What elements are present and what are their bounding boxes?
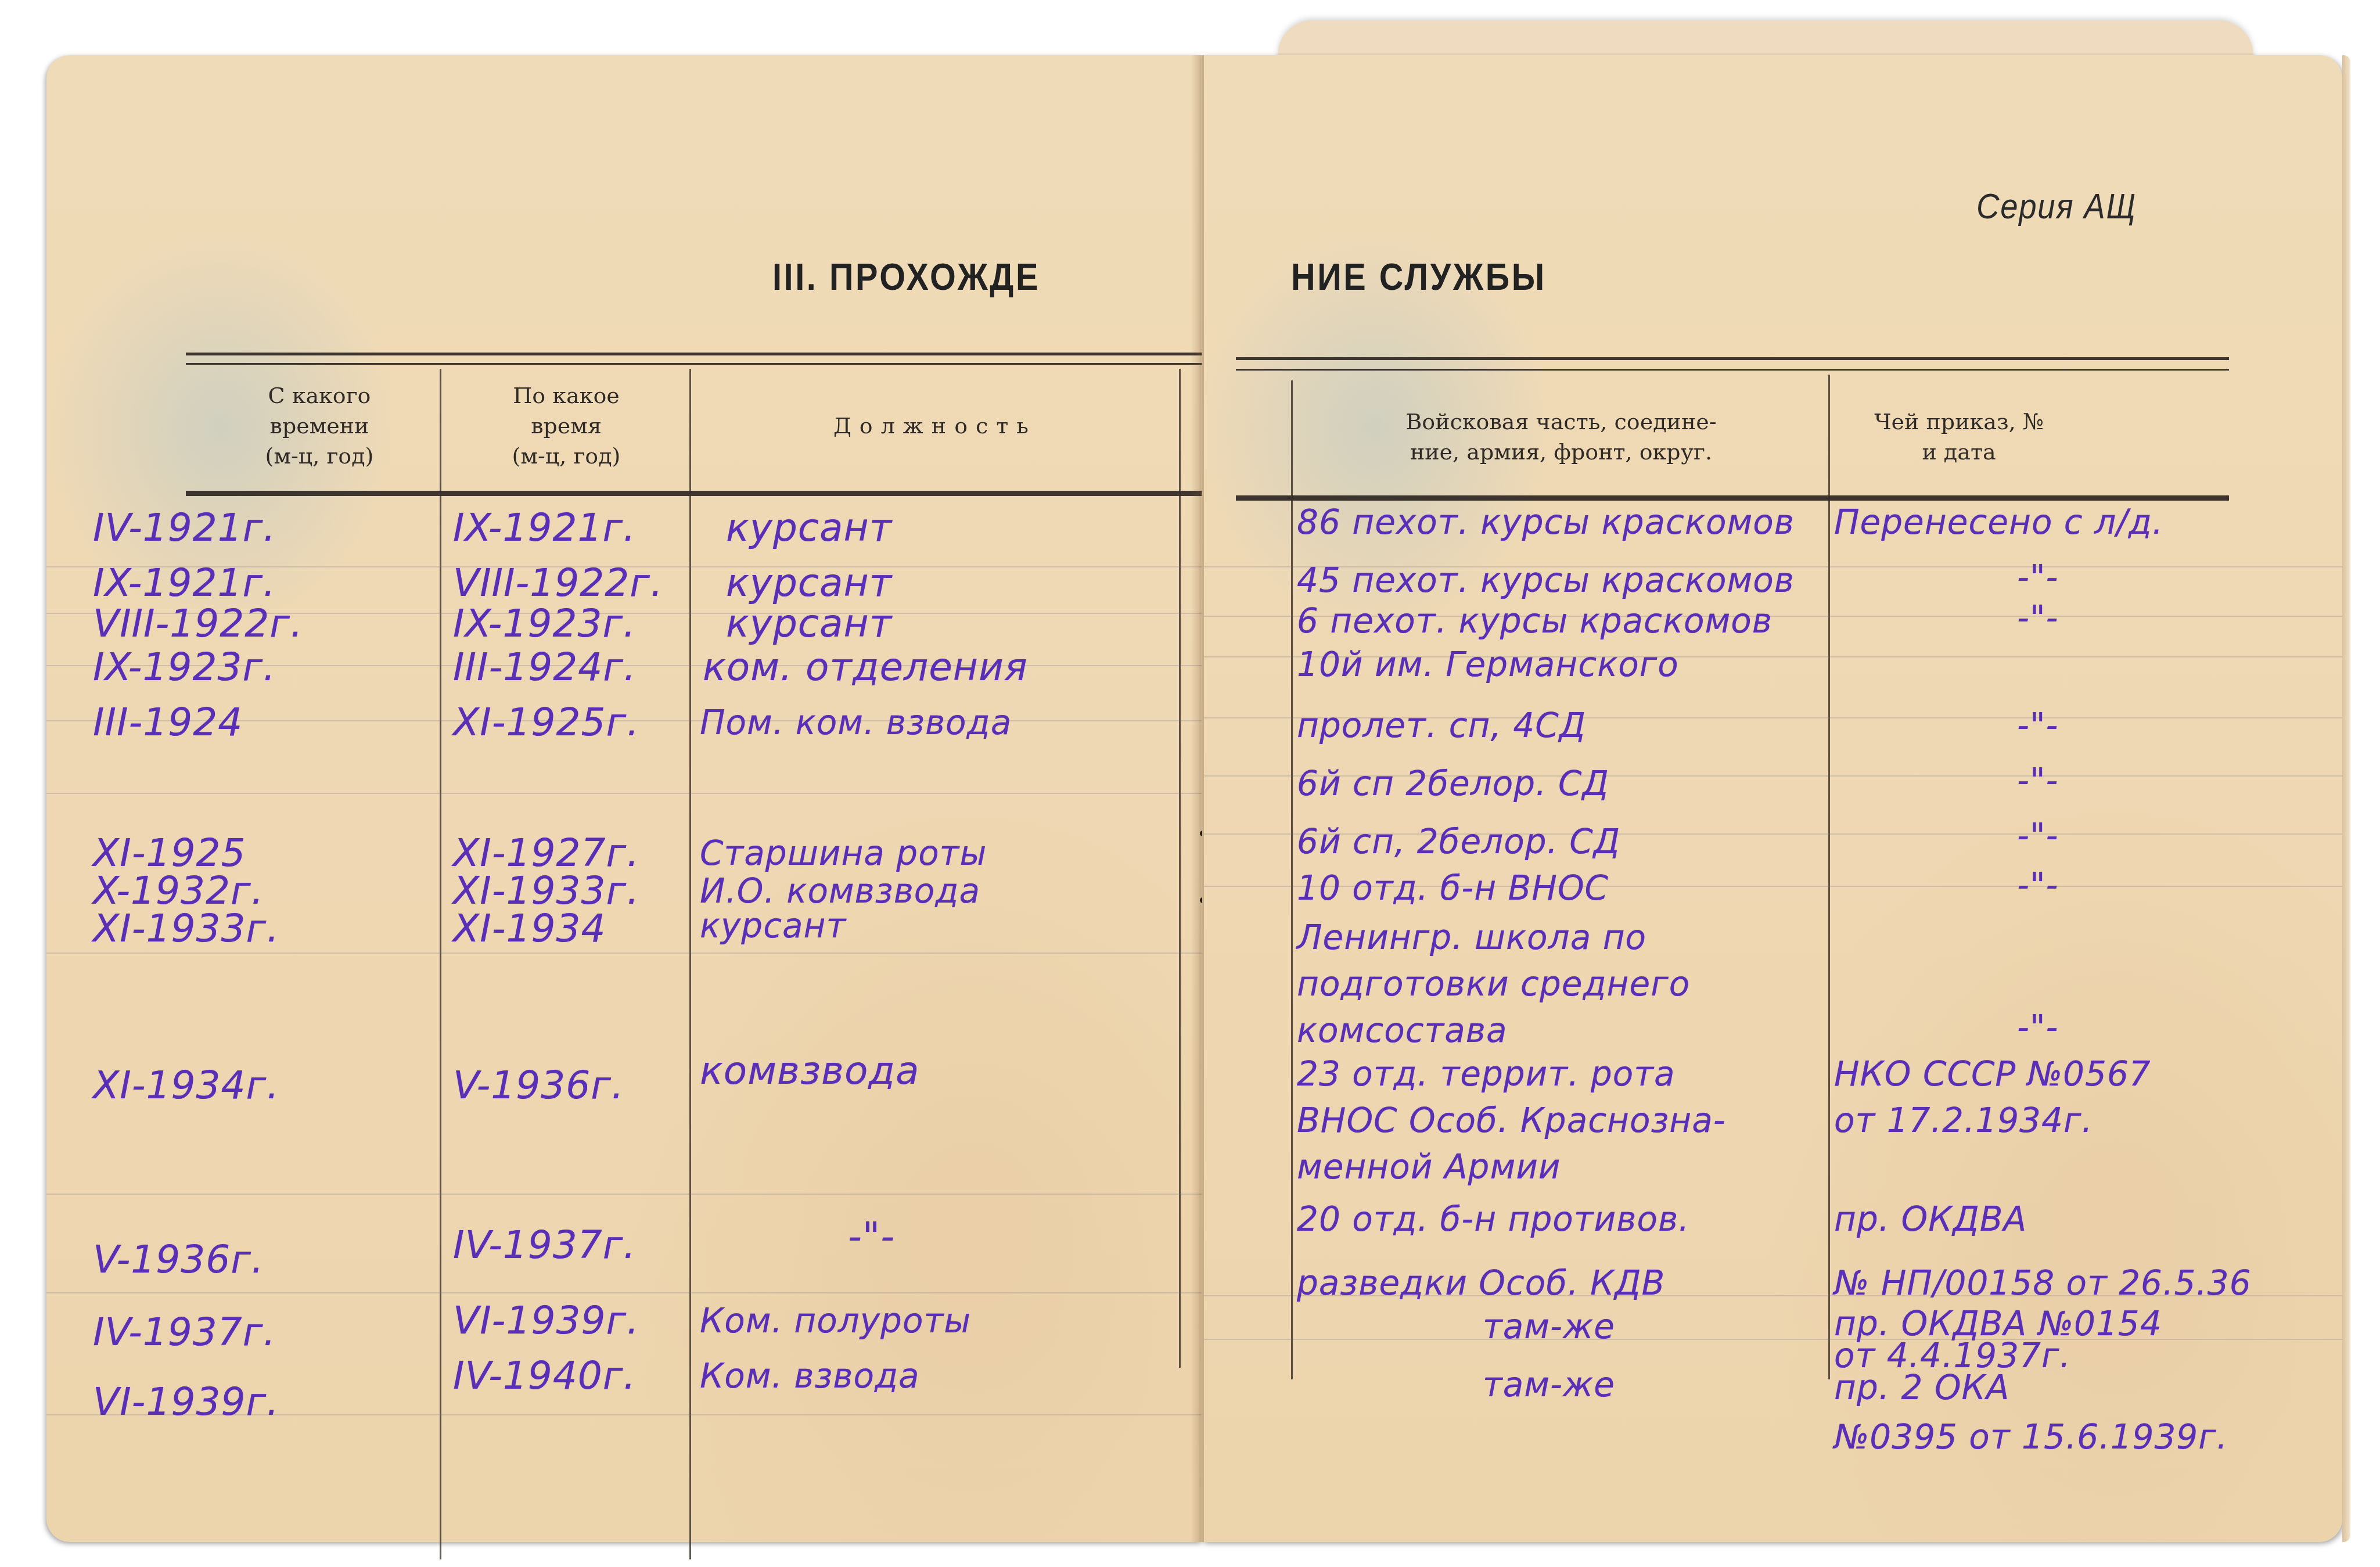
row-2-to: VIII-1922г. (453, 560, 663, 605)
order-line-13: от 17.2.1934г. (1834, 1101, 2093, 1140)
order-line-5: -"- (2017, 706, 2059, 745)
column-divider-2 (1828, 375, 1830, 1379)
header-top-rule-2 (186, 363, 1208, 365)
order-line-8: -"- (2017, 865, 2059, 905)
header-unit: Войсковая часть, соедине- ние, армия, фр… (1303, 407, 1820, 467)
unit-line-2: 45 пехот. курсы краскомов (1297, 560, 1795, 600)
row-9-to: V-1936г. (453, 1063, 624, 1108)
row-10-from: V-1936г. (93, 1237, 264, 1282)
section-title-left: III. ПРОХОЖДЕ (772, 256, 1040, 299)
unit-line-5: пролет. сп, 4СД (1297, 706, 1586, 745)
header-top-rule (1236, 357, 2229, 360)
unit-line-10: подготовки среднего (1297, 964, 1690, 1004)
order-line-1: Перенесено с л/д. (1834, 502, 2163, 542)
row-6-position: Старшина роты (700, 833, 987, 873)
header-top-rule (186, 353, 1208, 355)
unit-line-9: Ленингр. школа по (1297, 918, 1646, 957)
unit-line-8: 10 отд. б-н ВНОС (1297, 868, 1609, 908)
row-2-position: курсант (726, 560, 892, 605)
order-line-15: пр. ОКДВА (1834, 1199, 2027, 1239)
row-5-from: III-1924 (93, 700, 243, 745)
row-10-position: -"- (848, 1214, 895, 1259)
row-8-position: курсант (700, 906, 846, 946)
row-8-from: XI-1933г. (93, 906, 279, 951)
row-2-from: IX-1921г. (93, 560, 276, 605)
header-order: Чей приказ, № и дата (1837, 407, 2081, 467)
row-12-from: VI-1939г. (93, 1379, 279, 1424)
row-12-to: IV-1940г. (453, 1353, 636, 1398)
unit-line-11: комсостава (1297, 1011, 1508, 1050)
unit-line-1: 86 пехот. курсы краскомов (1297, 502, 1795, 542)
column-divider-3 (1179, 369, 1181, 1368)
right-page: Серия АЩ НИЕ СЛУЖБЫ Войсковая часть, сое… (1202, 55, 2342, 1542)
unit-line-7: 6й сп, 2белор. СД (1297, 822, 1620, 861)
order-line-11: -"- (2017, 1008, 2059, 1047)
ruled-line (1204, 1339, 2342, 1340)
row-4-from: IX-1923г. (93, 645, 276, 689)
row-4-to: III-1924г. (453, 645, 637, 689)
row-9-from: XI-1934г. (93, 1063, 279, 1108)
unit-line-3: 6 пехот. курсы краскомов (1297, 601, 1773, 641)
row-7-position: И.О. комвзвода (700, 871, 980, 911)
unit-line-16: разведки Особ. КДВ (1297, 1263, 1665, 1303)
header-bottom-rule (186, 491, 1208, 496)
unit-line-12: 23 отд. террит. рота (1297, 1054, 1676, 1094)
row-9-position: комвзвода (700, 1048, 919, 1093)
ruled-line (46, 793, 1202, 794)
left-page: III. ПРОХОЖДЕ С какого времени (м-ц, год… (46, 55, 1202, 1542)
order-line-19: пр. 2 ОКА (1834, 1368, 2009, 1407)
header-from: С какого времени (м-ц, год) (203, 380, 436, 471)
row-12-position: Ком. взвода (700, 1356, 920, 1396)
order-line-20: №0395 от 15.6.1939г. (1834, 1417, 2228, 1457)
order-line-6: -"- (2017, 761, 2059, 800)
row-11-from: IV-1937г. (93, 1310, 276, 1354)
row-1-position: курсант (726, 505, 892, 550)
unit-line-13: ВНОС Особ. Краснозна- (1297, 1101, 1726, 1140)
order-line-12: НКО СССР №0567 (1834, 1054, 2151, 1094)
row-11-position: Ком. полуроты (700, 1301, 971, 1340)
ruled-line (46, 953, 1202, 954)
header-to: По какое время (м-ц, год) (447, 380, 685, 471)
row-3-from: VIII-1922г. (93, 601, 303, 646)
unit-line-17: там-же (1483, 1307, 1615, 1346)
row-5-position: Пом. ком. взвода (700, 703, 1012, 742)
row-1-to: IX-1921г. (453, 505, 636, 550)
ruled-line (46, 1194, 1202, 1195)
unit-line-14: менной Армии (1297, 1147, 1561, 1187)
series-label: Серия АЩ (1976, 186, 2137, 227)
column-divider-2 (689, 369, 691, 1559)
header-top-rule-2 (1236, 369, 2229, 371)
header-bottom-rule (1236, 495, 2229, 501)
order-line-2: -"- (2017, 558, 2059, 597)
row-3-position: курсант (726, 601, 892, 646)
column-divider-1 (1291, 380, 1293, 1379)
row-11-to: VI-1939г. (453, 1298, 639, 1343)
ruled-line (46, 1292, 1202, 1293)
unit-line-6: 6й сп 2белор. СД (1297, 764, 1609, 803)
column-divider-1 (440, 369, 441, 1559)
unit-line-19: там-же (1483, 1365, 1615, 1404)
row-1-from: IV-1921г. (93, 505, 276, 550)
section-title-right: НИЕ СЛУЖБЫ (1291, 256, 1547, 299)
row-5-to: XI-1925г. (453, 700, 639, 745)
row-4-position: ком. отделения (703, 645, 1028, 689)
row-3-to: IX-1923г. (453, 601, 636, 646)
order-line-16: № НП/00158 от 26.5.36 (1834, 1263, 2252, 1303)
unit-line-15: 20 отд. б-н противов. (1297, 1199, 1690, 1239)
order-line-3: -"- (2017, 598, 2059, 638)
unit-line-4: 10й им. Германского (1297, 645, 1679, 684)
row-8-to: XI-1934 (453, 906, 606, 951)
row-10-to: IV-1937г. (453, 1223, 636, 1267)
header-position: Должность (697, 411, 1173, 441)
order-line-7: -"- (2017, 816, 2059, 856)
